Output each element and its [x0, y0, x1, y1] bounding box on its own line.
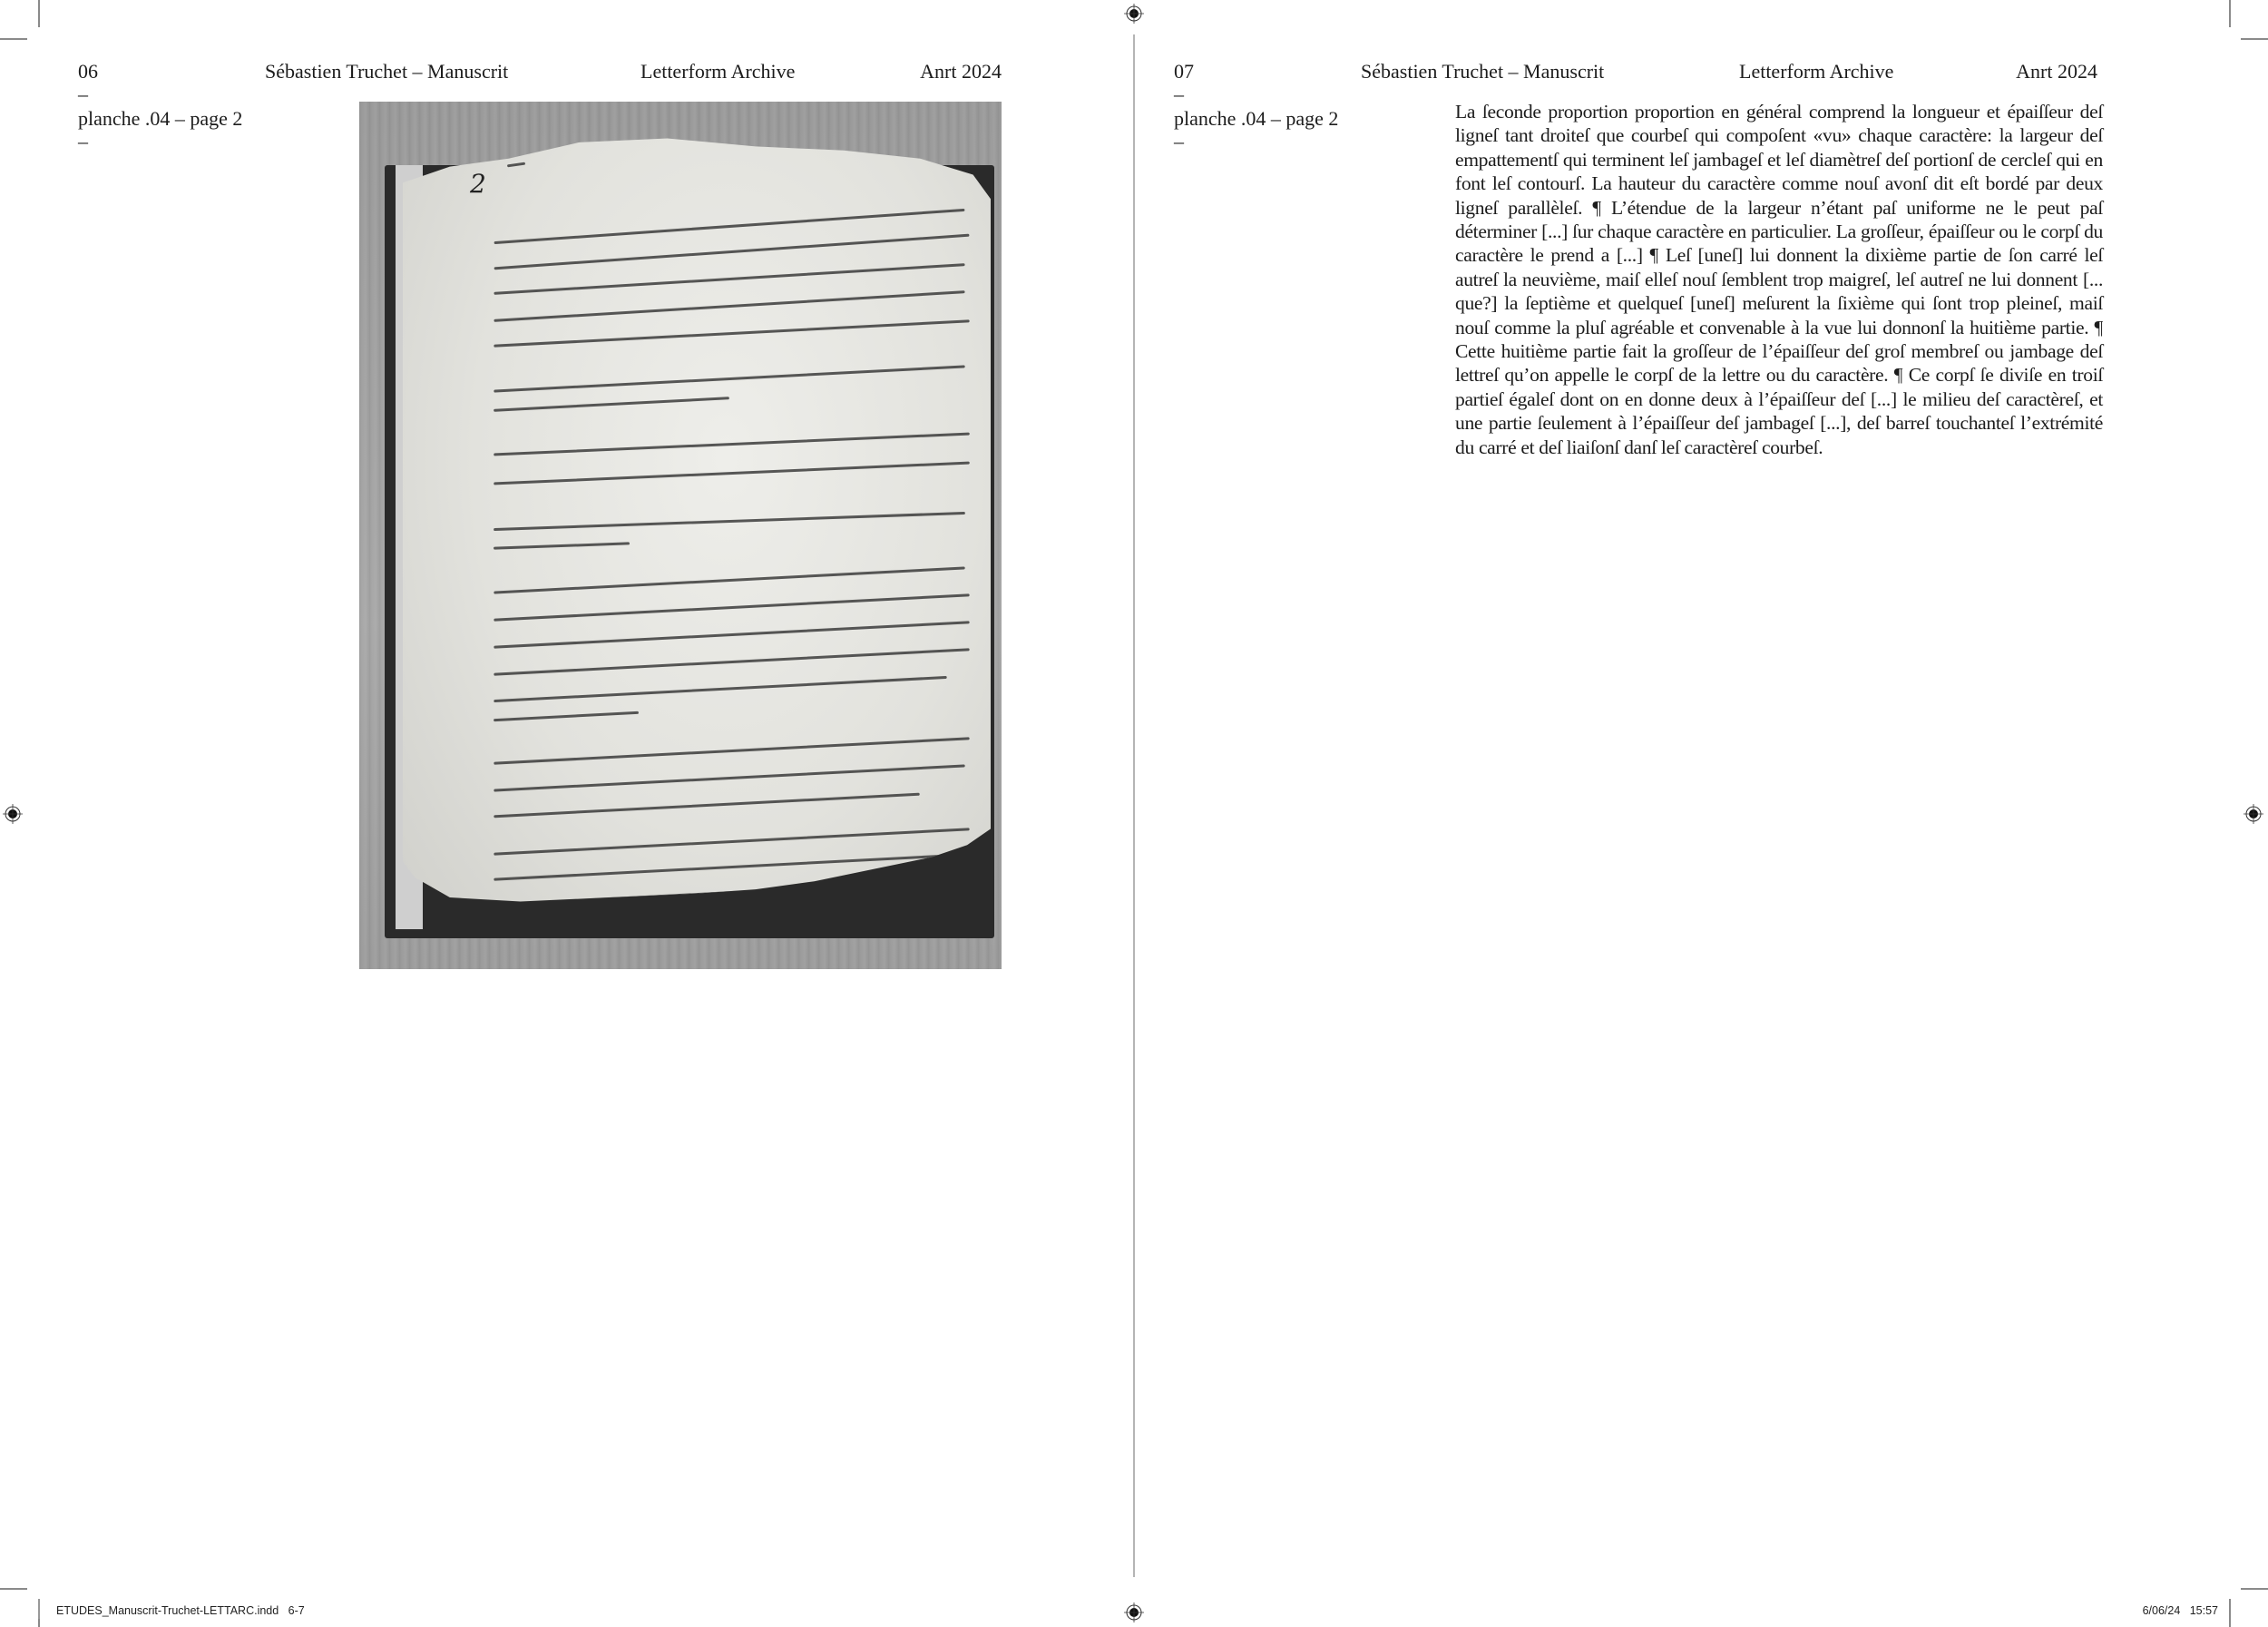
handwriting-line	[494, 433, 970, 456]
plate-label: planche .04 – page 2	[1174, 107, 1338, 131]
slug-divider	[38, 1599, 40, 1619]
slug-date: 6/06/24	[2143, 1604, 2181, 1617]
collection-label: Letterform Archive	[1739, 60, 1893, 83]
separator-dash: –	[78, 132, 88, 151]
running-title: Sébastien Truchet – Manuscrit	[265, 60, 508, 83]
running-title: Sébastien Truchet – Manuscrit	[1361, 60, 1604, 83]
imprint-label: Anrt 2024	[920, 60, 1002, 83]
separator-dash: –	[1174, 132, 1184, 151]
transcription-text: La ſeconde proportion proportion en géné…	[1455, 100, 2103, 459]
handwriting-line	[507, 162, 525, 167]
handwriting-line	[494, 542, 630, 549]
manuscript-photo: 2	[359, 102, 1002, 969]
handwriting-line	[494, 566, 964, 593]
handwriting-line	[494, 764, 964, 791]
page-number: 06	[78, 60, 98, 83]
handwriting-line	[494, 365, 964, 392]
crop-mark	[2241, 1588, 2268, 1590]
handwriting-line	[494, 828, 969, 855]
separator-dash: –	[1174, 85, 1184, 103]
manuscript-paper: 2	[403, 134, 991, 942]
handwriting-line	[494, 621, 969, 648]
handwriting-line	[494, 711, 639, 721]
collection-label: Letterform Archive	[640, 60, 795, 83]
slug-timestamp: 6/06/24 15:57	[2143, 1604, 2218, 1617]
manuscript-page-marker: 2	[470, 169, 486, 199]
crop-mark	[38, 0, 40, 27]
handwriting-line	[494, 290, 964, 321]
handwriting-line	[494, 648, 969, 675]
handwriting-line	[494, 462, 970, 485]
handwriting-line	[494, 319, 969, 347]
handwriting-line	[494, 593, 969, 621]
handwriting-line	[494, 234, 970, 270]
registration-target-icon	[2244, 804, 2263, 824]
handwriting-line	[494, 263, 964, 294]
registration-target-icon	[1124, 1602, 1144, 1622]
handwriting-line	[494, 397, 729, 411]
crop-mark	[2229, 1599, 2231, 1627]
separator-dash: –	[78, 85, 88, 103]
handwriting-line	[494, 676, 946, 702]
slug-file-info: ETUDES_Manuscrit-Truchet-LETTARC.indd 6-…	[56, 1604, 305, 1617]
handwriting-line	[494, 512, 965, 531]
crop-mark	[0, 38, 27, 40]
slug-file-name: ETUDES_Manuscrit-Truchet-LETTARC.indd	[56, 1604, 279, 1617]
slug-pages: 6-7	[288, 1604, 305, 1617]
plate-label: planche .04 – page 2	[78, 107, 242, 131]
imprint-label: Anrt 2024	[2016, 60, 2097, 83]
handwriting-line	[494, 737, 969, 764]
spine-fold-line	[1133, 34, 1135, 1577]
registration-target-icon	[3, 804, 23, 824]
handwriting-line	[494, 793, 919, 818]
page-number: 07	[1174, 60, 1194, 83]
slug-time: 15:57	[2190, 1604, 2218, 1617]
registration-target-icon	[1124, 4, 1144, 24]
crop-mark	[2241, 38, 2268, 40]
crop-mark	[0, 1588, 27, 1590]
crop-mark	[2229, 0, 2231, 27]
